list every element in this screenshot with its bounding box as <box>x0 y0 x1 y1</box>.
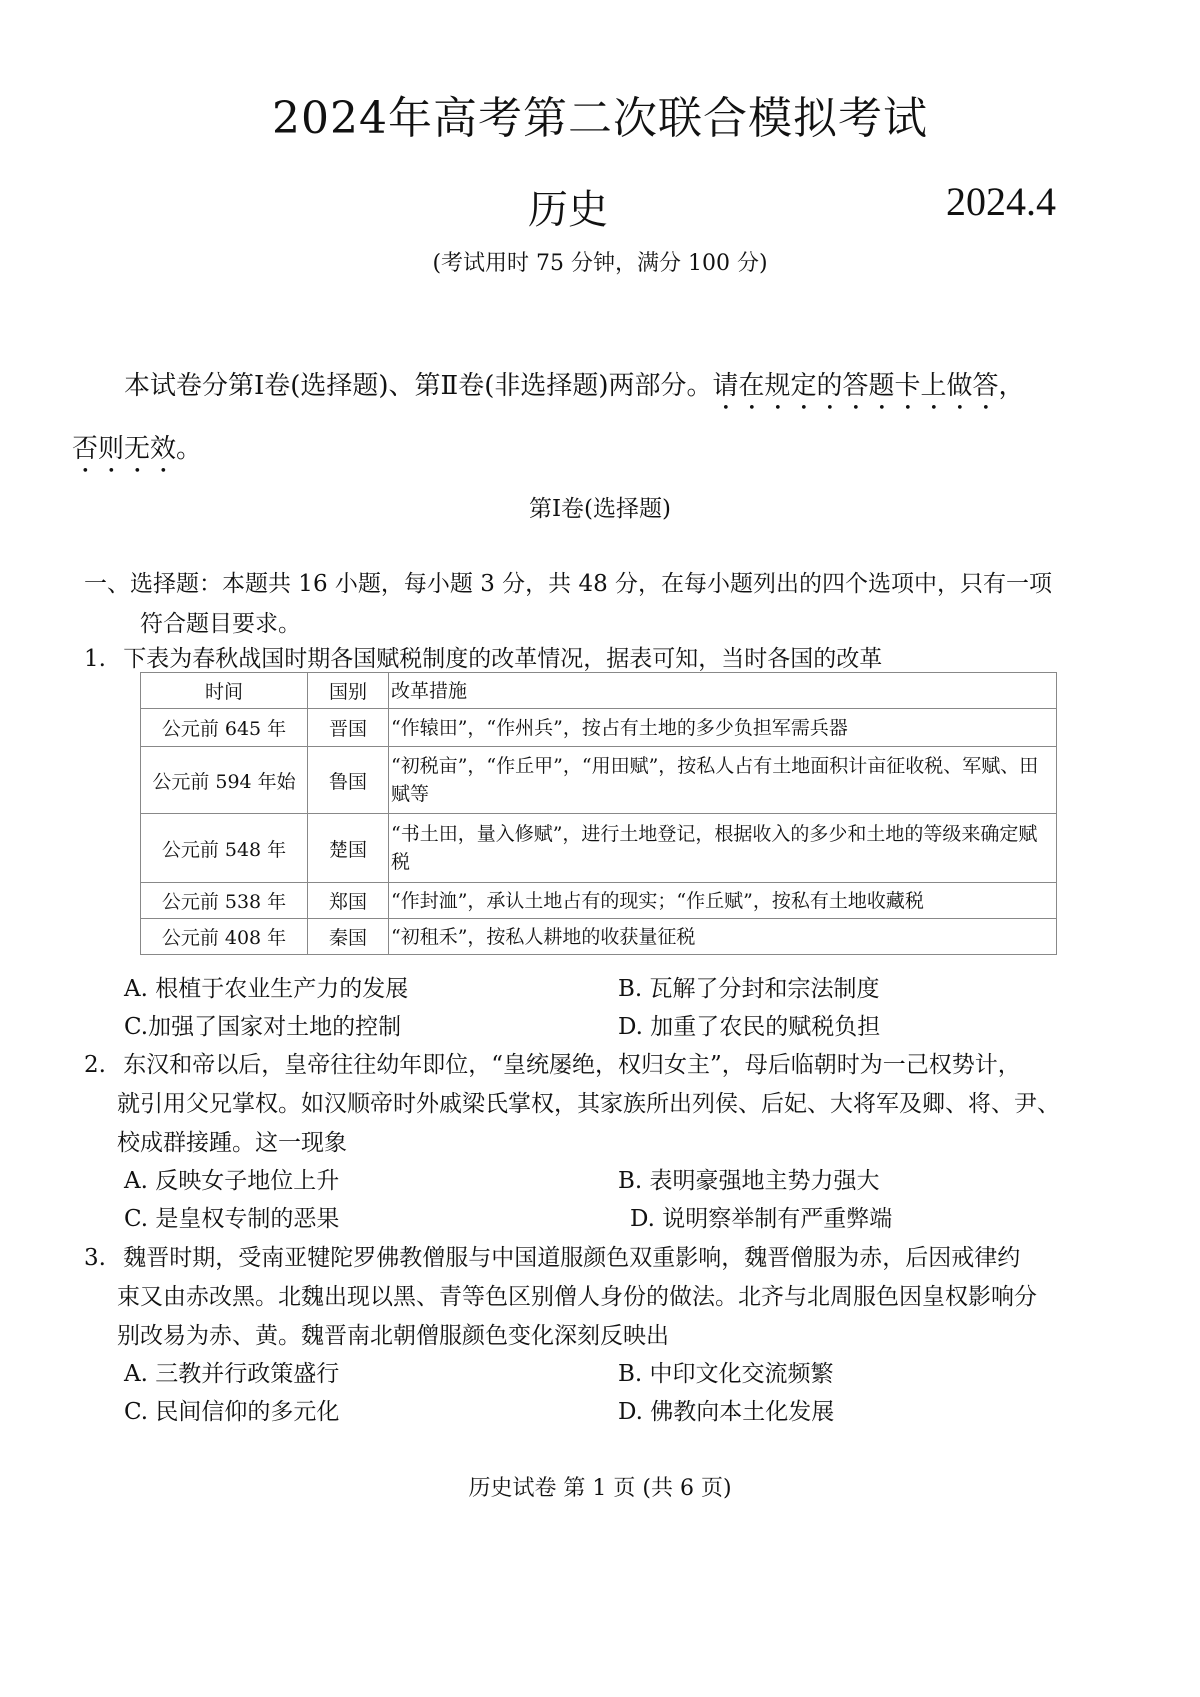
question-stem-cont: 别改易为赤、黄。魏晋南北朝僧服颜色变化深刻反映出 <box>117 1317 669 1350</box>
table-cell: 公元前 408 年 <box>141 919 308 955</box>
question-number: 3. <box>84 1245 106 1271</box>
exam-date: 2024.4 <box>946 178 1056 225</box>
table-header: 改革措施 <box>389 673 1057 709</box>
table-row: 公元前 594 年始 鲁国 “初税亩”，“作丘甲”，“用田赋”，按私人占有土地面… <box>141 747 1057 814</box>
reform-table: 时间 国别 改革措施 公元前 645 年 晋国 “作辕田”，“作州兵”，按占有土… <box>140 672 1057 955</box>
question-stem: 东汉和帝以后，皇帝往往幼年即位，“皇统屡绝，权归女主”，母后临朝时为一己权势计， <box>123 1052 1021 1078</box>
question-stem-cont: 就引用父兄掌权。如汉顺帝时外戚梁氏掌权，其家族所出列侯、后妃、大将军及卿、将、尹… <box>117 1085 1060 1118</box>
table-cell: “作辕田”，“作州兵”，按占有土地的多少负担军需兵器 <box>389 709 1057 747</box>
intro-emphasis-2: 否则无效 <box>72 434 176 464</box>
option-d: D. 说明察举制有严重弊端 <box>630 1200 892 1233</box>
intro-punct-2: 。 <box>176 434 202 464</box>
table-cell: 公元前 538 年 <box>141 883 308 919</box>
option-b: B. 中印文化交流频繁 <box>618 1355 834 1388</box>
option-d: D. 佛教向本土化发展 <box>618 1393 834 1426</box>
table-row: 公元前 548 年 楚国 “书土田，量入修赋”，进行土地登记，根据收入的多少和土… <box>141 814 1057 883</box>
intro-line-2: 否则无效。 <box>72 428 202 479</box>
option-b: B. 表明豪强地主势力强大 <box>618 1162 880 1195</box>
table-cell: 公元前 594 年始 <box>141 747 308 814</box>
subject-label: 历史 <box>528 178 608 235</box>
table-cell: 鲁国 <box>308 747 389 814</box>
intro-punct: ， <box>999 371 1025 401</box>
table-cell: “书土田，量入修赋”，进行土地登记，根据收入的多少和土地的等级来确定赋税 <box>389 814 1057 883</box>
section-instructions: 一、选择题：本题共 16 小题，每小题 3 分，共 48 分，在每小题列出的四个… <box>84 565 1052 598</box>
table-header: 国别 <box>308 673 389 709</box>
section-instructions-cont: 符合题目要求。 <box>140 605 301 638</box>
intro-emphasis: 请在规定的答题卡上做答 <box>713 371 999 401</box>
table-header-row: 时间 国别 改革措施 <box>141 673 1057 709</box>
table-cell: 晋国 <box>308 709 389 747</box>
table-cell: 公元前 548 年 <box>141 814 308 883</box>
option-b: B. 瓦解了分封和宗法制度 <box>618 970 880 1003</box>
section-title: 第Ⅰ卷(选择题) <box>0 490 1200 523</box>
table-cell: 郑国 <box>308 883 389 919</box>
table-cell: 楚国 <box>308 814 389 883</box>
question-stem: 魏晋时期，受南亚犍陀罗佛教僧服与中国道服颜色双重影响，魏晋僧服为赤，后因戒律约 <box>123 1245 1020 1271</box>
table-cell: “作封洫”，承认土地占有的现实；“作丘赋”，按私有土地收藏税 <box>389 883 1057 919</box>
table-cell: “初税亩”，“作丘甲”，“用田赋”，按私人占有土地面积计亩征收税、军赋、田赋等 <box>389 747 1057 814</box>
table-cell: 公元前 645 年 <box>141 709 308 747</box>
option-a: A. 根植于农业生产力的发展 <box>124 970 408 1003</box>
table-cell: “初租禾”，按私人耕地的收获量征税 <box>389 919 1057 955</box>
option-c: C. 民间信仰的多元化 <box>124 1393 339 1426</box>
question-stem-cont: 束又由赤改黑。北魏出现以黑、青等色区别僧人身份的做法。北齐与北周服色因皇权影响分 <box>117 1278 1037 1311</box>
option-d: D. 加重了农民的赋税负担 <box>618 1008 880 1041</box>
question-number: 1. <box>84 646 106 672</box>
table-header: 时间 <box>141 673 308 709</box>
table-row: 公元前 408 年 秦国 “初租禾”，按私人耕地的收获量征税 <box>141 919 1057 955</box>
option-a: A. 反映女子地位上升 <box>124 1162 339 1195</box>
question-number: 2. <box>84 1052 106 1078</box>
option-c: C. 是皇权专制的恶果 <box>124 1200 339 1233</box>
option-c: C.加强了国家对土地的控制 <box>124 1008 401 1041</box>
table-cell: 秦国 <box>308 919 389 955</box>
table-row: 公元前 645 年 晋国 “作辕田”，“作州兵”，按占有土地的多少负担军需兵器 <box>141 709 1057 747</box>
option-a: A. 三教并行政策盛行 <box>124 1355 339 1388</box>
question-stem: 下表为春秋战国时期各国赋税制度的改革情况，据表可知，当时各国的改革 <box>123 646 882 672</box>
question-stem-cont: 校成群接踵。这一现象 <box>117 1124 347 1157</box>
intro-text: 本试卷分第Ⅰ卷(选择题)、第Ⅱ卷(非选择题)两部分。 <box>124 371 713 401</box>
table-row: 公元前 538 年 郑国 “作封洫”，承认土地占有的现实；“作丘赋”，按私有土地… <box>141 883 1057 919</box>
intro-line-1: 本试卷分第Ⅰ卷(选择题)、第Ⅱ卷(非选择题)两部分。请在规定的答题卡上做答， <box>124 365 1025 416</box>
page-footer: 历史试卷 第 1 页 (共 6 页) <box>0 1471 1200 1502</box>
exam-timing: (考试用时 75 分钟，满分 100 分) <box>0 246 1200 277</box>
exam-title: 2024年高考第二次联合模拟考试 <box>0 82 1200 146</box>
